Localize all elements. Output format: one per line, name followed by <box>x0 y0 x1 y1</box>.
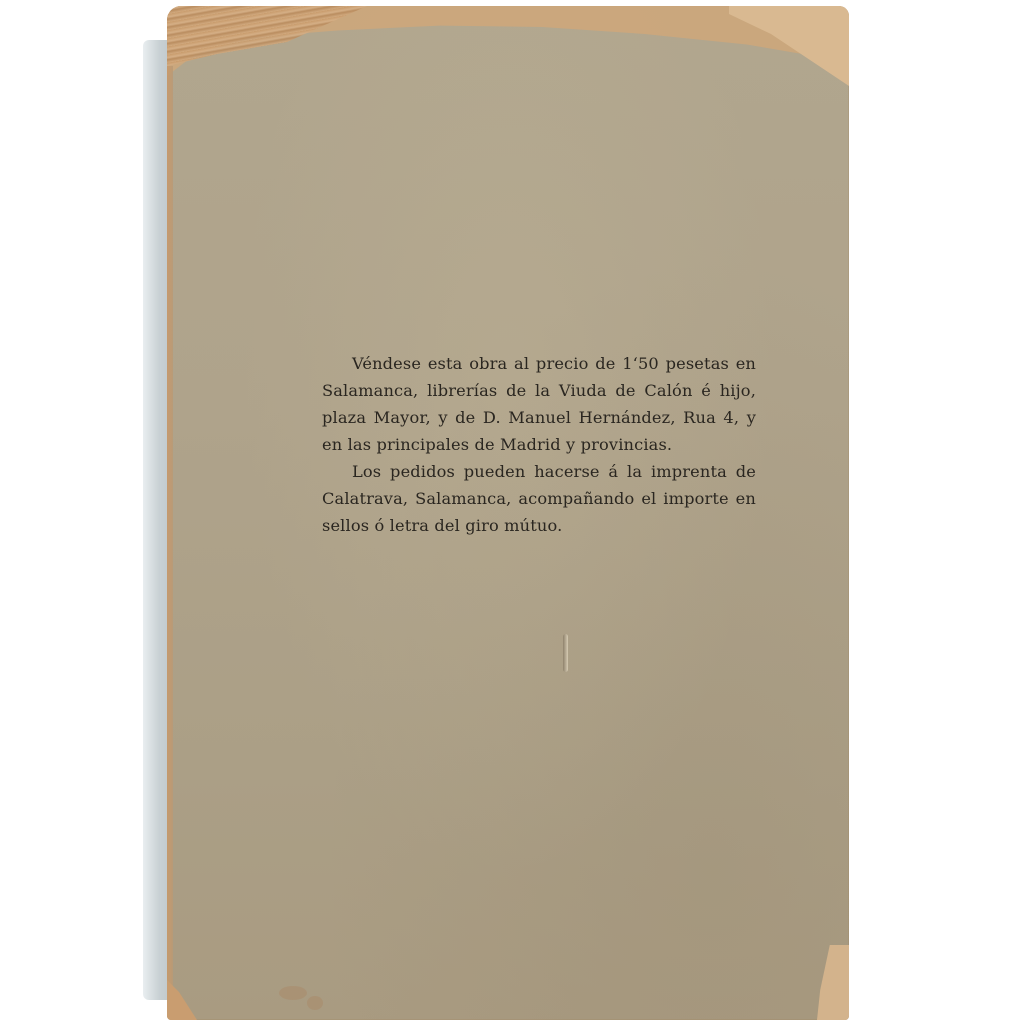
worn-top-right-corner <box>729 6 849 86</box>
notice-paragraph-orders: Los pedidos pueden hacerse á la imprenta… <box>322 458 756 539</box>
book-back-cover: Véndese esta obra al precio de 1‘50 pese… <box>167 6 849 1020</box>
photo-scene: Véndese esta obra al precio de 1‘50 pese… <box>0 0 1024 1024</box>
stain-mark <box>279 986 307 1000</box>
stain-mark <box>307 996 323 1010</box>
frayed-page-layers <box>167 6 367 66</box>
crease-mark <box>563 634 568 672</box>
worn-bottom-right-corner <box>817 945 849 1020</box>
worn-spine-edge <box>167 66 173 1016</box>
worn-bottom-left-corner <box>167 980 197 1020</box>
price-notice: Véndese esta obra al precio de 1‘50 pese… <box>322 350 756 539</box>
notice-paragraph-price: Véndese esta obra al precio de 1‘50 pese… <box>322 350 756 458</box>
